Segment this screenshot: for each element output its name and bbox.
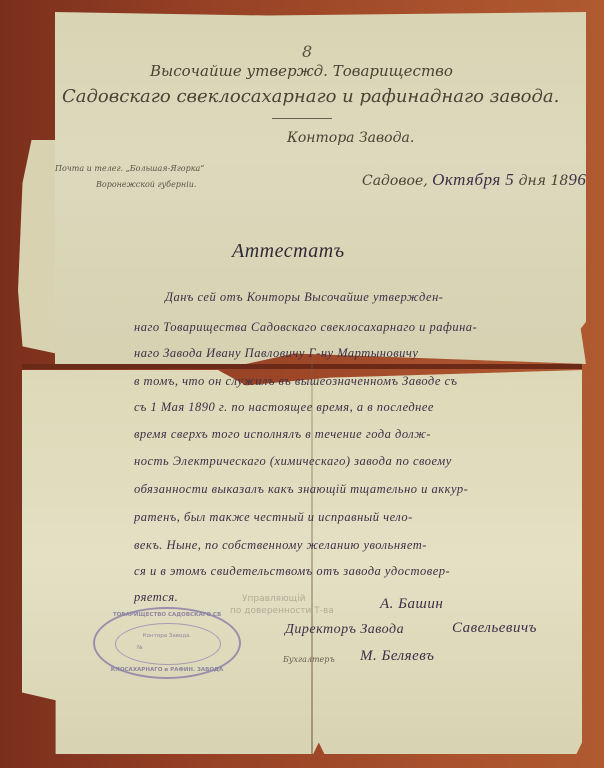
letterhead-line-2: Садовскаго свеклосахарнаго и рафинаднаго… [62, 86, 559, 107]
stamp-inner-ring [115, 623, 221, 665]
office-stamp: ТОВАРИЩЕСТВО САДОВСКАГО СВ Контора Завод… [93, 607, 241, 679]
date-year-suffix: 96 [568, 170, 586, 189]
place: Садовое, [362, 173, 428, 189]
body-line: наго Товарищества Садовскаго свеклосахар… [134, 320, 477, 335]
body-line: ратенъ, был также честный и исправный че… [134, 510, 413, 525]
date-year-prefix: 18 [551, 173, 569, 189]
date-month: Октября [432, 170, 501, 189]
body-line: наго Завода Ивану Павловичу Г-ну Мартыно… [134, 346, 418, 361]
document-title: Аттестатъ [232, 240, 345, 263]
letterhead-office: Контора Завода. [287, 130, 414, 146]
horizontal-tear [22, 364, 582, 369]
stamp-middle-text: Контора Завода. [95, 633, 239, 639]
body-line: Данъ сей отъ Конторы Высочайше утвержден… [165, 290, 443, 305]
letterhead-line-1: Высочайше утвержд. Товарищество [150, 62, 453, 80]
place-date: Садовое, Октября 5 дня 1896 [362, 170, 586, 190]
date-day-suffix: дня [519, 173, 546, 189]
faded-proxy-label: по доверенности Т-ва [230, 606, 334, 616]
body-line: время сверхъ того исполнялъ в течение го… [134, 427, 431, 442]
date-day: 5 [505, 170, 514, 189]
stamp-bottom-text: КЛОСАХАРНАГО и РАФИН. ЗАВОДА [95, 667, 239, 673]
vertical-fold [311, 360, 313, 754]
body-line: съ 1 Мая 1890 г. по настоящее время, а в… [134, 400, 434, 415]
body-line: ряется. [134, 590, 178, 605]
body-line: векъ. Ныне, по собственному желанию увол… [134, 538, 427, 553]
body-line: обязанности выказалъ какъ знающiй тщател… [134, 482, 468, 497]
stamp-top-text: ТОВАРИЩЕСТВО САДОВСКАГО СВ [95, 612, 239, 618]
body-line: в томъ, что он служилъ въ вышеозначенном… [134, 374, 457, 389]
bookkeeper-label: Бухгалтеръ [283, 655, 335, 664]
address-line-1: Почта и телег. „Большая-Ягорка“ [55, 164, 204, 173]
address-line-2: Воронежской губернiи. [96, 180, 196, 189]
body-line: ся и в этомъ свидетельствомъ отъ завода … [134, 564, 450, 579]
bookkeeper-signature: М. Беляевъ [360, 648, 434, 665]
faded-manager-label: Управляющiй [242, 594, 305, 604]
director-label: Директоръ Завода [285, 622, 404, 638]
letterhead-rule [272, 118, 332, 119]
body-line: ность Электрическаго (химическаго) завод… [134, 454, 452, 469]
signature-1: А. Башин [380, 596, 443, 613]
document-number: 8 [302, 42, 312, 61]
director-signature: Савельевичъ [452, 620, 537, 637]
stamp-number-mark: № [137, 645, 143, 651]
